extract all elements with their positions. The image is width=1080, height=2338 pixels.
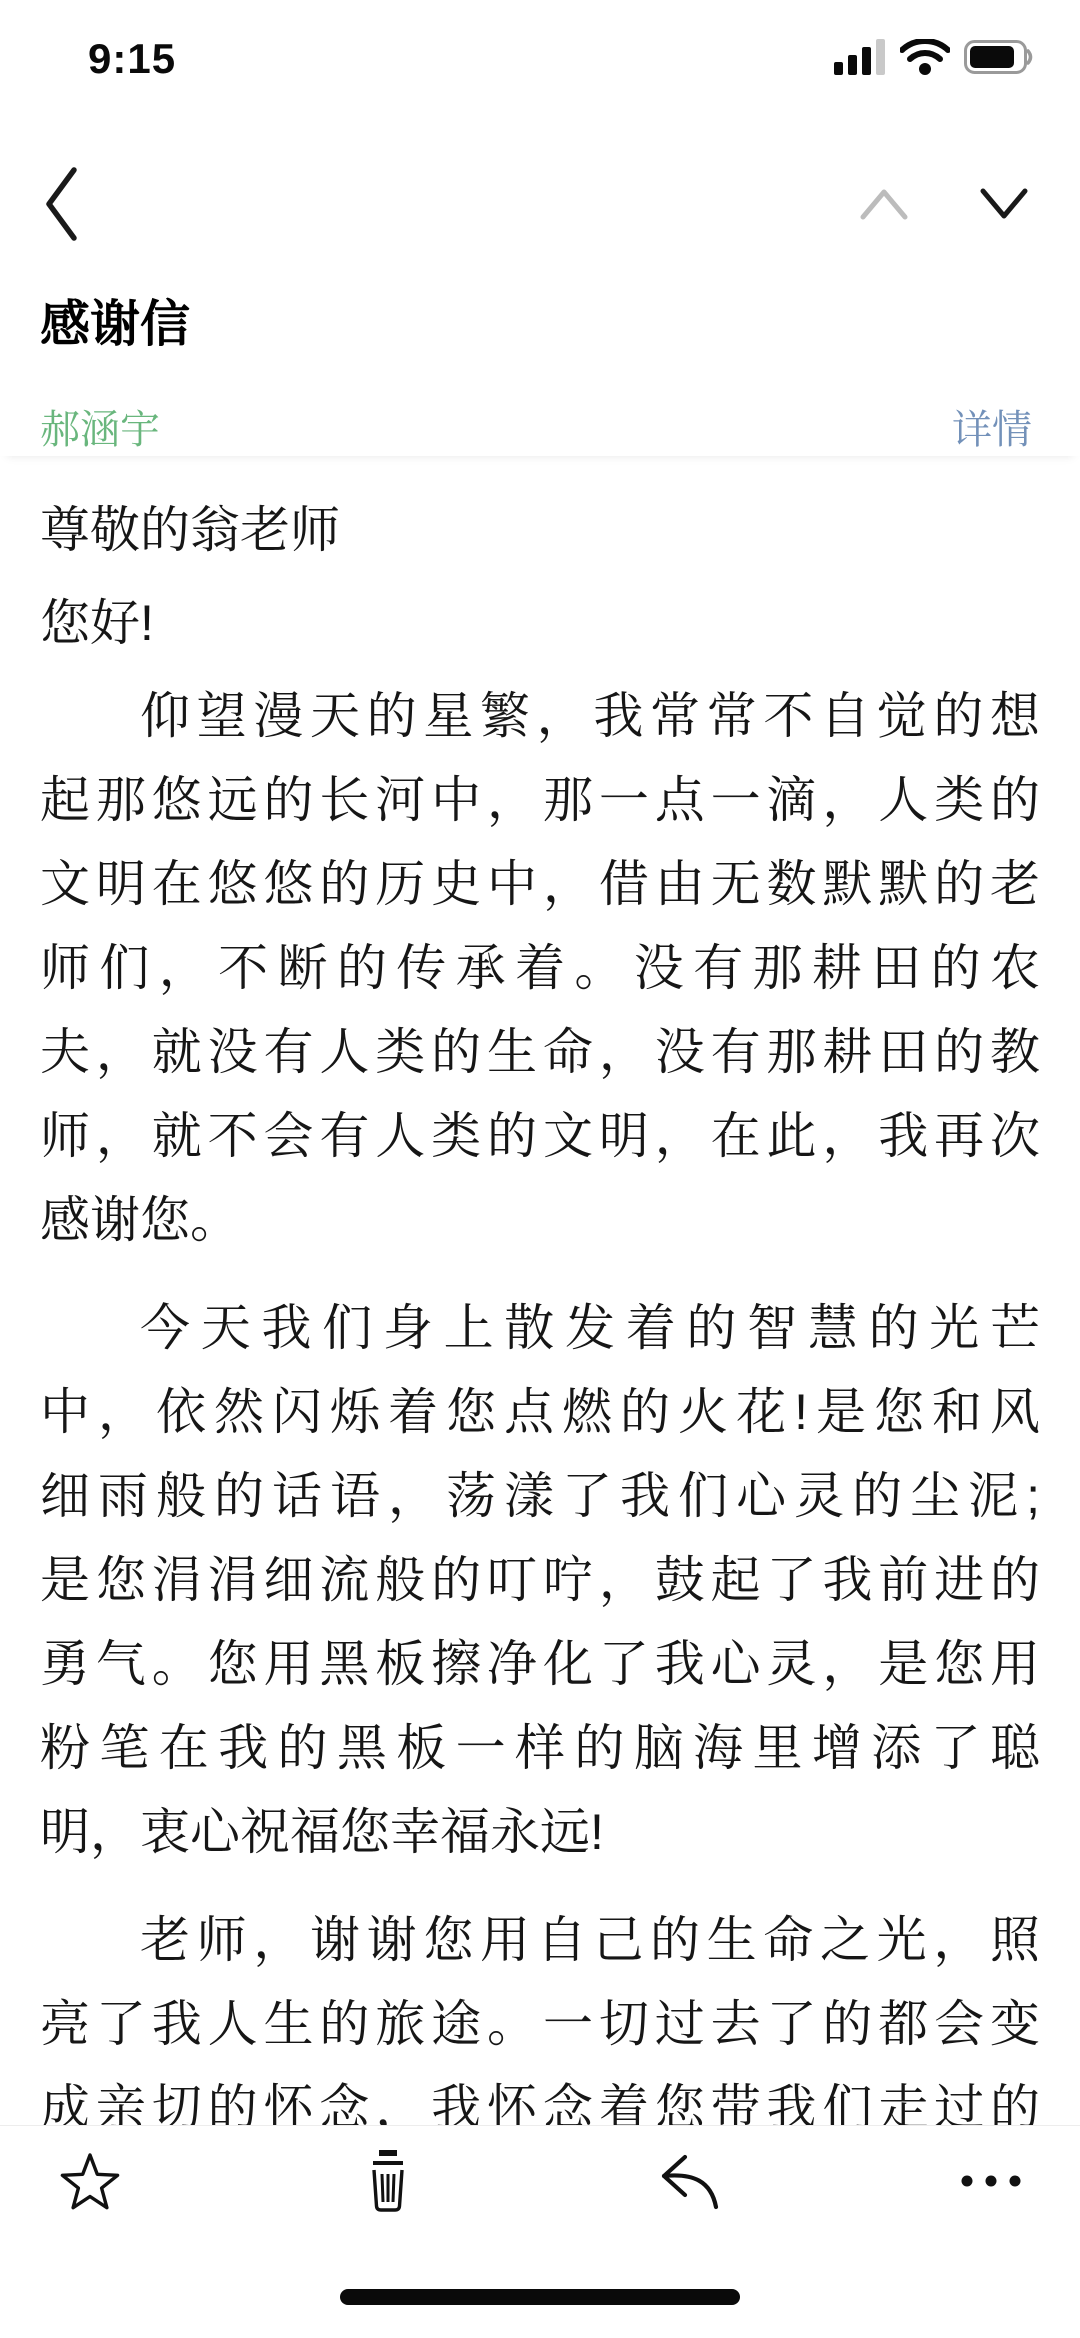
sender-row: 郝涵宇 详情: [40, 398, 1032, 455]
body-text-line: 勇气。您用黑板擦净化了我心灵，是您用: [40, 1622, 1040, 1706]
trash-icon: [359, 2148, 417, 2217]
nav-bar: [0, 140, 1080, 270]
body-text-line: 今天我们身上散发着的智慧的光芒: [40, 1286, 1040, 1370]
wifi-icon: [900, 39, 950, 80]
reply-button[interactable]: [655, 2151, 723, 2214]
back-button[interactable]: [42, 164, 82, 247]
body-text-line: 成亲切的怀念，我怀念着您带我们走过的: [40, 2066, 1040, 2125]
body-text-line: 夫，就没有人类的生命，没有那耕田的教: [40, 1010, 1040, 1094]
reply-icon: [655, 2151, 723, 2214]
mail-body: 尊敬的翁老师 您好! 仰望漫天的星繁，我常常不自觉的想 起那悠远的长河中，那一点…: [40, 488, 1040, 2125]
cellular-signal-icon: [834, 39, 886, 80]
next-mail-button[interactable]: [978, 185, 1030, 226]
body-greeting-line: 尊敬的翁老师: [40, 488, 1040, 572]
details-link[interactable]: 详情: [952, 398, 1032, 455]
chevron-down-icon: [978, 185, 1030, 226]
body-text-line: 粉笔在我的黑板一样的脑海里增添了聪: [40, 1706, 1040, 1790]
chevron-up-icon: [858, 185, 910, 226]
body-text-line: 细雨般的话语，荡漾了我们心灵的尘泥;: [40, 1454, 1040, 1538]
sender-name[interactable]: 郝涵宇: [40, 398, 160, 455]
body-text-line: 师们，不断的传承着。没有那耕田的农: [40, 926, 1040, 1010]
favorite-button[interactable]: [58, 2150, 122, 2215]
ellipsis-icon: [960, 2174, 1022, 2191]
body-paragraph: 仰望漫天的星繁，我常常不自觉的想 起那悠远的长河中，那一点一滴，人类的 文明在悠…: [40, 674, 1040, 1262]
body-text-line: 感谢您。: [40, 1178, 1040, 1262]
status-icons: [834, 39, 1034, 80]
body-text-line: 是您涓涓细流般的叮咛，鼓起了我前进的: [40, 1538, 1040, 1622]
body-text-line: 亮了我人生的旅途。一切过去了的都会变: [40, 1982, 1040, 2066]
clock-text: 9:15: [88, 35, 176, 83]
home-indicator[interactable]: [340, 2289, 740, 2305]
star-icon: [58, 2150, 122, 2215]
body-text-line: 老师，谢谢您用自己的生命之光，照: [40, 1898, 1040, 1982]
body-text-line: 文明在悠悠的历史中，借由无数默默的老: [40, 842, 1040, 926]
mail-header: 感谢信 郝涵宇 详情: [0, 270, 1080, 456]
chevron-left-icon: [42, 164, 82, 247]
delete-button[interactable]: [359, 2148, 417, 2217]
bottom-toolbar: [0, 2125, 1080, 2338]
mail-subject: 感谢信: [40, 284, 1032, 356]
body-text-line: 明，衷心祝福您幸福永远!: [40, 1790, 1040, 1874]
body-salutation-line: 您好!: [40, 581, 1040, 665]
body-paragraph: 老师，谢谢您用自己的生命之光，照 亮了我人生的旅途。一切过去了的都会变 成亲切的…: [40, 1898, 1040, 2125]
body-text-line: 仰望漫天的星繁，我常常不自觉的想: [40, 674, 1040, 758]
more-button[interactable]: [960, 2174, 1022, 2191]
prev-mail-button[interactable]: [858, 185, 910, 226]
body-paragraph: 今天我们身上散发着的智慧的光芒 中，依然闪烁着您点燃的火花!是您和风 细雨般的话…: [40, 1286, 1040, 1874]
status-bar: 9:15: [0, 0, 1080, 100]
body-text-line: 起那悠远的长河中，那一点一滴，人类的: [40, 758, 1040, 842]
battery-icon: [964, 40, 1034, 79]
body-text-line: 中，依然闪烁着您点燃的火花!是您和风: [40, 1370, 1040, 1454]
body-text-line: 师，就不会有人类的文明，在此，我再次: [40, 1094, 1040, 1178]
